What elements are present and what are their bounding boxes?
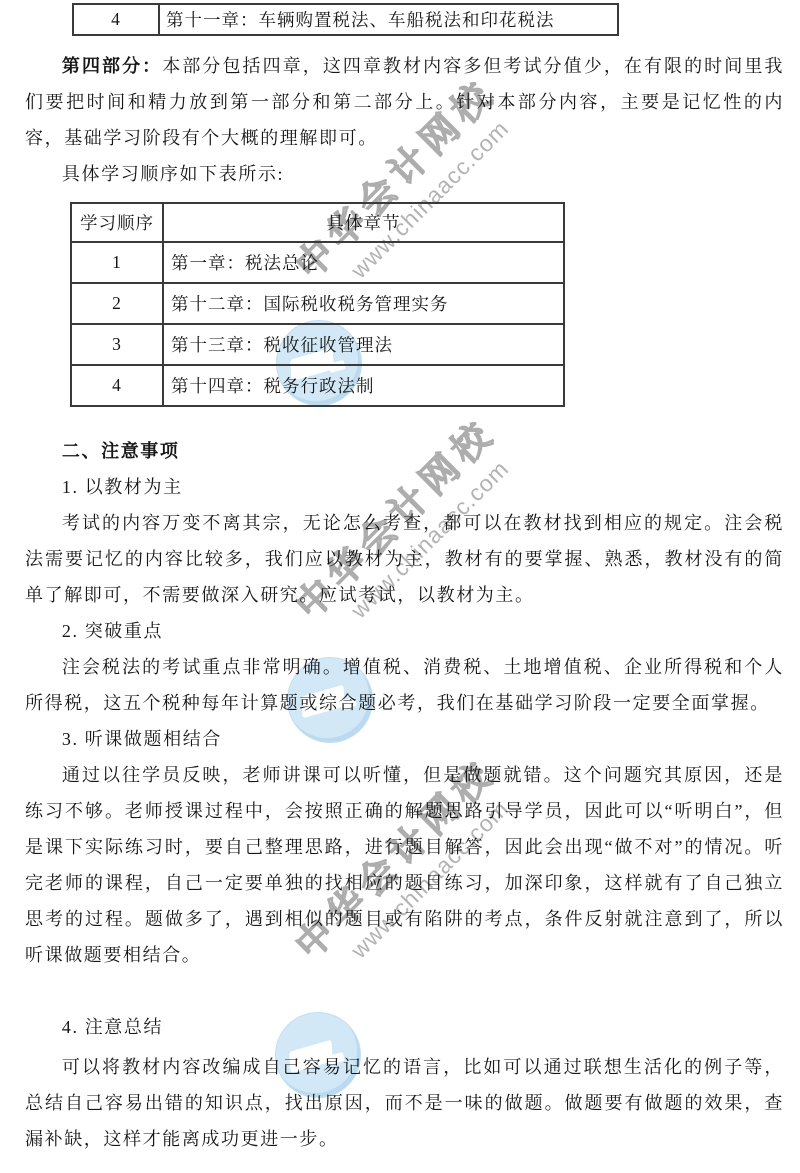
note-item-title: 2. 突破重点 (25, 613, 784, 649)
table-row: 4 第十四章：税务行政法制 (71, 365, 564, 406)
note-item-title: 3. 听课做题相结合 (25, 721, 784, 757)
order-cell: 4 (71, 365, 163, 406)
order-cell: 4 (73, 4, 159, 35)
table-row: 3 第十三章：税收征收管理法 (71, 324, 564, 365)
order-cell: 2 (71, 283, 163, 324)
chapter-cell: 第十二章：国际税收税务管理实务 (163, 283, 564, 324)
note-item-body: 通过以往学员反映，老师讲课可以听懂，但是做题就错。这个问题究其原因，还是练习不够… (25, 757, 784, 973)
header-chapter: 具体章节 (163, 203, 564, 242)
section-heading: 二、注意事项 (25, 433, 784, 469)
part-label: 第四部分： (62, 56, 162, 76)
table-header-row: 学习顺序 具体章节 (71, 203, 564, 242)
chapter-cell: 第十四章：税务行政法制 (163, 365, 564, 406)
chapter-cell: 第十一章：车辆购置税法、车船税法和印花税法 (159, 4, 618, 35)
order-cell: 1 (71, 242, 163, 283)
document-content: 4 第十一章：车辆购置税法、车船税法和印花税法 第四部分：本部分包括四章，这四章… (0, 3, 800, 1157)
chapter-cell: 第十三章：税收征收管理法 (163, 324, 564, 365)
study-order-table: 学习顺序 具体章节 1 第一章：税法总论 2 第十二章：国际税收税务管理实务 3… (70, 202, 565, 407)
note-item-title: 1. 以教材为主 (25, 469, 784, 505)
order-cell: 3 (71, 324, 163, 365)
chapter-cell: 第一章：税法总论 (163, 242, 564, 283)
note-item-body: 考试的内容万变不离其宗，无论怎么考查，都可以在教材找到相应的规定。注会税法需要记… (25, 505, 784, 613)
chapter-table-partial: 4 第十一章：车辆购置税法、车船税法和印花税法 (72, 3, 619, 36)
table-row: 4 第十一章：车辆购置税法、车船税法和印花税法 (73, 4, 618, 35)
table-row: 1 第一章：税法总论 (71, 242, 564, 283)
note-item-body: 可以将教材内容改编成自己容易记忆的语言，比如可以通过联想生活化的例子等，总结自己… (25, 1049, 784, 1157)
table-lead-line: 具体学习顺序如下表所示: (25, 156, 784, 192)
note-item-body: 注会税法的考试重点非常明确。增值税、消费税、土地增值税、企业所得税和个人所得税，… (25, 649, 784, 721)
table-row: 2 第十二章：国际税收税务管理实务 (71, 283, 564, 324)
document-page: 中华会计网校 www.chinaacc.com 中华会计网校 www.china… (0, 0, 800, 1173)
intro-paragraph: 第四部分：本部分包括四章，这四章教材内容多但考试分值少，在有限的时间里我们要把时… (25, 48, 784, 156)
header-order: 学习顺序 (71, 203, 163, 242)
note-item-title: 4. 注意总结 (25, 1009, 784, 1045)
